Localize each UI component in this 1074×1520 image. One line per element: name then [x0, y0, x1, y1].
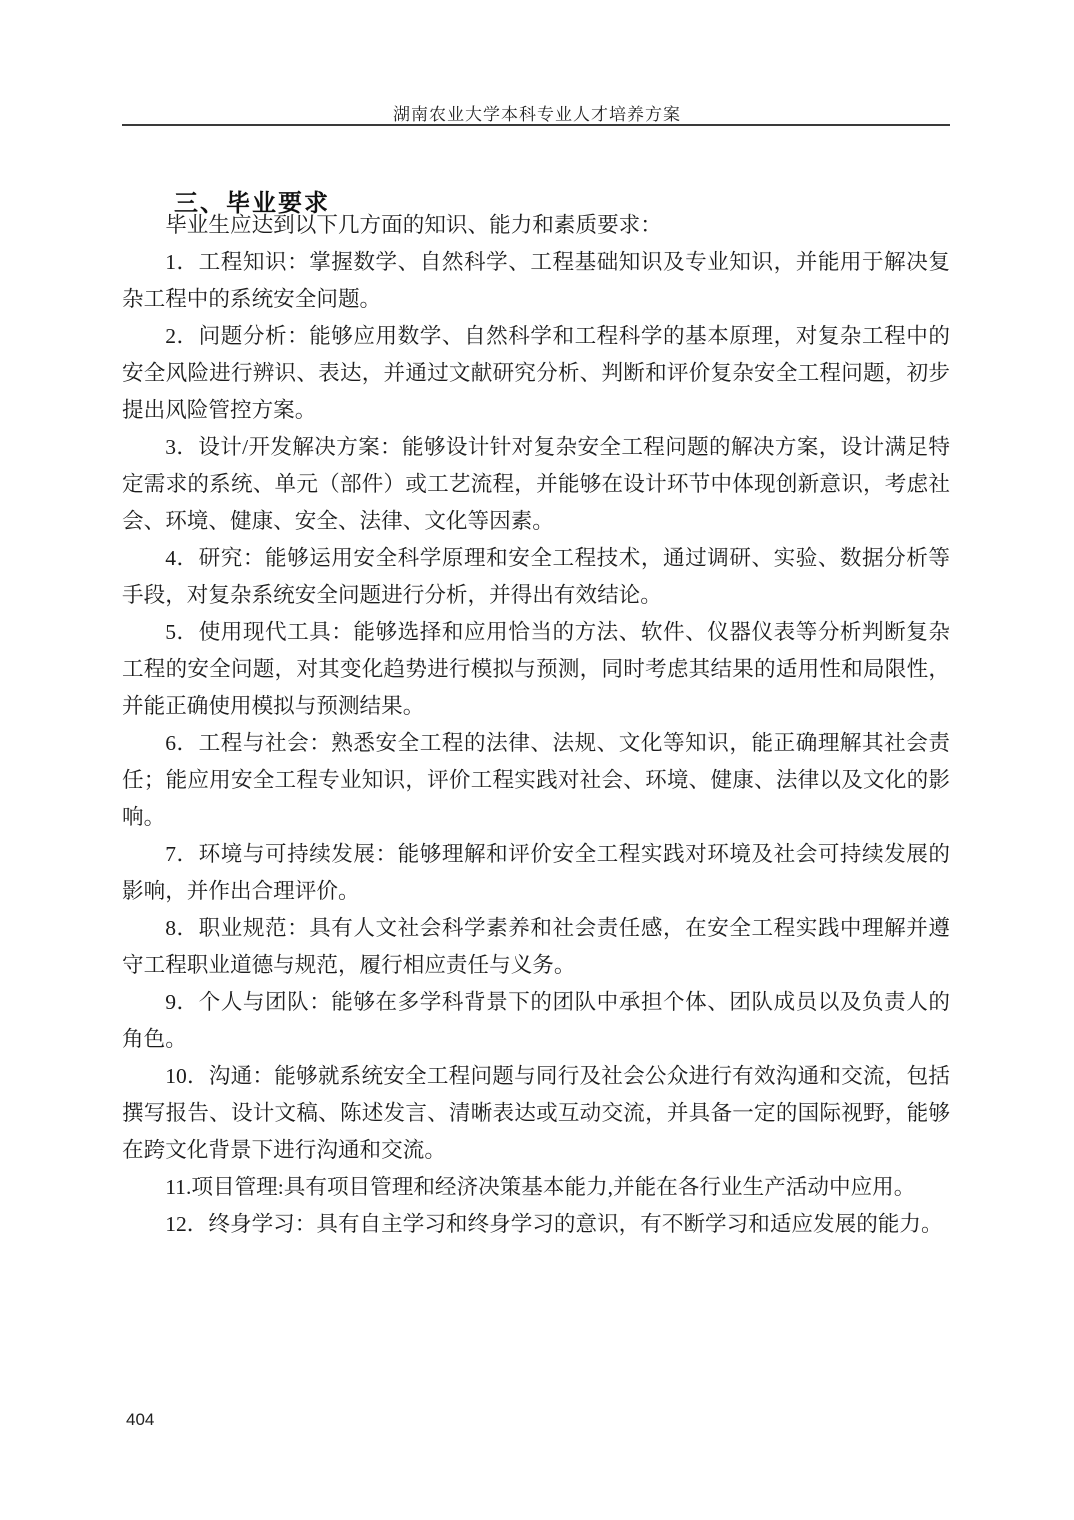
requirement-item-6: 6．工程与社会：熟悉安全工程的法律、法规、文化等知识，能正确理解其社会责任；能应…	[122, 725, 950, 836]
requirement-item-8: 8．职业规范：具有人文社会科学素养和社会责任感，在安全工程实践中理解并遵守工程职…	[122, 910, 950, 984]
header-rule-divider	[122, 124, 950, 126]
document-page: 湖南农业大学本科专业人才培养方案 三、毕业要求 毕业生应达到以下几方面的知识、能…	[0, 0, 1074, 1520]
section-body: 毕业生应达到以下几方面的知识、能力和素质要求： 1．工程知识：掌握数学、自然科学…	[122, 207, 950, 1243]
requirement-item-5: 5．使用现代工具：能够选择和应用恰当的方法、软件、仪器仪表等分析判断复杂工程的安…	[122, 614, 950, 725]
requirement-item-9: 9．个人与团队：能够在多学科背景下的团队中承担个体、团队成员以及负责人的角色。	[122, 984, 950, 1058]
requirement-item-2: 2．问题分析：能够应用数学、自然科学和工程科学的基本原理，对复杂工程中的安全风险…	[122, 318, 950, 429]
requirement-item-4: 4．研究：能够运用安全科学原理和安全工程技术，通过调研、实验、数据分析等手段，对…	[122, 540, 950, 614]
requirement-item-12: 12．终身学习：具有自主学习和终身学习的意识，有不断学习和适应发展的能力。	[122, 1206, 950, 1243]
requirement-item-10: 10．沟通：能够就系统安全工程问题与同行及社会公众进行有效沟通和交流，包括撰写报…	[122, 1058, 950, 1169]
intro-paragraph: 毕业生应达到以下几方面的知识、能力和素质要求：	[122, 207, 950, 244]
requirement-item-1: 1．工程知识：掌握数学、自然科学、工程基础知识及专业知识，并能用于解决复杂工程中…	[122, 244, 950, 318]
page-number: 404	[126, 1410, 154, 1430]
requirement-item-7: 7．环境与可持续发展：能够理解和评价安全工程实践对环境及社会可持续发展的影响，并…	[122, 836, 950, 910]
requirement-item-3: 3．设计/开发解决方案：能够设计针对复杂安全工程问题的解决方案，设计满足特定需求…	[122, 429, 950, 540]
running-header: 湖南农业大学本科专业人才培养方案	[0, 100, 1074, 125]
requirement-item-11: 11.项目管理:具有项目管理和经济决策基本能力,并能在各行业生产活动中应用。	[122, 1169, 950, 1206]
